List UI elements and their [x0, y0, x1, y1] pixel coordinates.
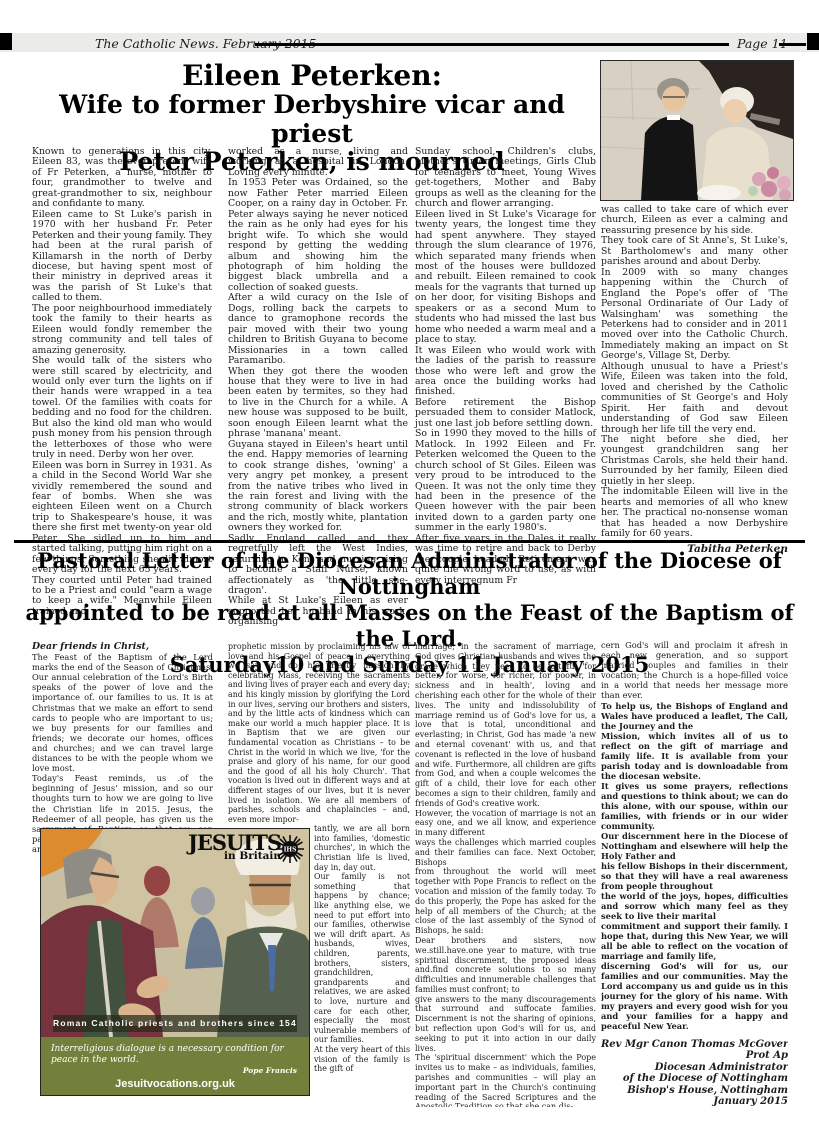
paragraph: give answers to the many discouragements… [415, 995, 596, 1054]
headline-line: Eileen Peterken: [28, 60, 596, 91]
signature-line: January 2015 [601, 1096, 788, 1108]
article2-column-1: Dear friends in Christ, The Feast of the… [32, 642, 213, 854]
paragraph: She would talk of the sisters who were s… [32, 356, 212, 461]
paragraph: The 'spiritual discernment' which the Po… [415, 1053, 596, 1107]
headline-line: Pastoral Letter of the Diocesan Administ… [20, 548, 799, 600]
article1-column-3: Sunday school, Children's clubs, Mother'… [415, 147, 596, 586]
paragraph: Guyana stayed in Eileen's heart until th… [228, 440, 408, 534]
paragraph: At the very heart of this vision of the … [314, 1045, 410, 1074]
advert-strapline: Roman Catholic priests and brothers sinc… [53, 1015, 297, 1032]
article2-column-1-text: The Feast of the Baptism of the Lord mar… [32, 652, 213, 854]
paragraph: So in 1990 they moved to the hills of Ma… [415, 429, 596, 534]
article1-column-4-text: was called to take care of which ever ch… [601, 205, 788, 540]
paragraph: The night before she died, her youngest … [601, 435, 788, 487]
signature-line: Prot Ap [601, 1050, 788, 1062]
article2-column-4-bold-text: To help us, the Bishops of England and W… [601, 701, 788, 1031]
paragraph: marriage; in the sacrament of marriage, … [415, 642, 596, 809]
paragraph: Known to generations in this city, Eilee… [32, 147, 212, 210]
article2-column-4: cern God's will and proclaim it afresh i… [601, 640, 788, 1131]
paragraph: When they got there the wooden house tha… [228, 367, 408, 440]
paragraph: However, the vocation of marriage is not… [415, 809, 596, 838]
paragraph: Before retirement the Bishop persuaded t… [415, 398, 596, 429]
signature-line: Bishop's House, Nottingham [601, 1085, 788, 1097]
jesuits-logo: JESUITS in Britain IHS [188, 832, 305, 864]
paragraph: commitment and support their family. I h… [601, 921, 788, 961]
advert-green-band: Interreligious dialogue is a necessary c… [41, 1037, 309, 1095]
paragraph: ways the challenges which married couple… [415, 838, 596, 867]
article2-column-2-top: prophetic mission by proclaiming his law… [228, 642, 410, 824]
header-rule [255, 43, 729, 46]
header-rule-right [779, 43, 806, 46]
paragraph: the world of the joys, hopes, difficulti… [601, 891, 788, 921]
advert-url: Jesuitvocations.org.uk [41, 1078, 309, 1090]
paragraph: from throughout the world will meet toge… [415, 867, 596, 936]
paragraph: It was Eileen who would work with the la… [415, 346, 596, 398]
couple-photo-illustration [601, 61, 793, 200]
paragraph: Our discernment here in the Diocese of N… [601, 831, 788, 861]
advert-quote-attribution: Pope Francis [41, 1066, 309, 1075]
article2-column-4-intro: cern God's will and proclaim it afresh i… [601, 640, 788, 701]
corner-mark-right [807, 33, 819, 50]
salutation: Dear friends in Christ, [32, 642, 213, 652]
article2-column-3: marriage; in the sacrament of marriage, … [415, 642, 596, 1107]
article1-column-4: was called to take care of which ever ch… [601, 205, 788, 554]
paragraph: worked as a nurse, living and working at… [228, 147, 408, 178]
couple-photo [600, 60, 794, 201]
paragraph: To help us, the Bishops of England and W… [601, 701, 788, 731]
paragraph: Sunday school, Children's clubs, Mother'… [415, 147, 596, 210]
paragraph: Our family is not something that happens… [314, 872, 410, 1045]
signature-line: Rev Mgr Canon Thomas McGovern [601, 1039, 788, 1051]
paragraph: Eileen lived in St Luke's Vicarage for t… [415, 210, 596, 346]
paragraph: They took care of St Anne's, St Luke's, … [601, 236, 788, 267]
paragraph: Dear brothers and sisters, now we.still.… [415, 936, 596, 995]
paragraph: The poor neighbourhood immediately took … [32, 304, 212, 356]
jesuits-advert: JESUITS in Britain IHS Roman Catholic pr… [40, 828, 310, 1096]
paragraph: In 1953 Peter was Ordained, so the now F… [228, 178, 408, 293]
paragraph: In 2009 with so many changes happening w… [601, 268, 788, 362]
svg-text:IHS: IHS [284, 847, 297, 854]
paragraph: The Feast of the Baptism of the Lord mar… [32, 652, 213, 773]
paragraph: prophetic mission by proclaiming his law… [228, 642, 410, 824]
ihs-seal-icon: IHS [275, 834, 305, 864]
signature-line: of the Diocese of Nottingham [601, 1073, 788, 1085]
paragraph: It gives us some prayers, reflections an… [601, 781, 788, 831]
paragraph: Mission, which invites all of us to refl… [601, 731, 788, 781]
article2-column-2-narrow: tantly, we are all born into families, '… [314, 824, 410, 1073]
paragraph: After a wild curacy on the Isle of Dogs,… [228, 293, 408, 366]
paragraph: his fellow Bishops in their discernment,… [601, 861, 788, 891]
signature-block: Rev Mgr Canon Thomas McGovernProt ApDioc… [601, 1039, 788, 1108]
signature-line: Diocesan Administrator [601, 1062, 788, 1074]
priest-figure [641, 116, 698, 200]
section-divider-rule [14, 540, 805, 543]
corner-mark-left [0, 33, 12, 50]
paragraph: Although unusual to have a Priest's Wife… [601, 362, 788, 435]
headline-line: Wife to former Derbyshire vicar and prie… [28, 91, 596, 148]
paragraph: discerning God's will for us, our famili… [601, 961, 788, 1031]
article1-column-1: Known to generations in this city, Eilee… [32, 147, 212, 617]
paragraph: Eileen came to St Luke's parish in 1970 … [32, 210, 212, 304]
paragraph: was called to take care of which ever ch… [601, 205, 788, 236]
paragraph: tantly, we are all born into families, '… [314, 824, 410, 872]
paragraph: The indomitable Eileen will live in the … [601, 487, 788, 539]
advert-quote: Interreligious dialogue is a necessary c… [41, 1037, 309, 1066]
jesuits-logo-text: JESUITS in Britain [188, 832, 281, 862]
